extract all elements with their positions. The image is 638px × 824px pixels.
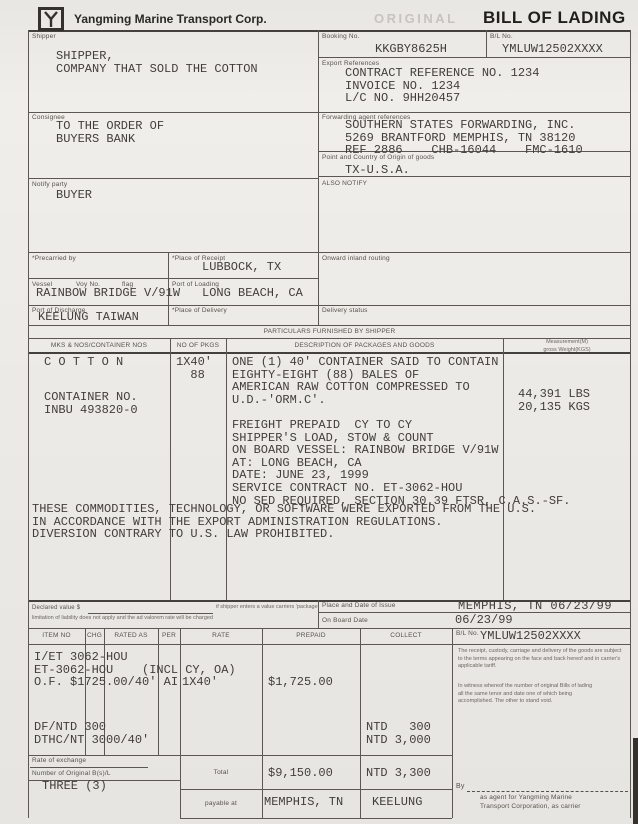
yangming-logo-icon [38,7,64,31]
particulars-band: PARTICULARS FURNISHED BY SHIPPER [28,328,631,336]
divider-line [486,30,487,57]
freight-collect-values: NTD 300 NTD 3,000 [366,721,431,746]
place-of-receipt-value: LUBBOCK, TX [202,261,281,274]
rate-of-exchange-label: Rate of exchange [32,757,86,765]
payable-collect-value: KEELUNG [372,796,422,809]
payable-prepaid-value: MEMPHIS, TN [264,796,343,809]
weights-value: 44,391 LBS 20,135 KGS [518,388,590,414]
divider-line [630,30,631,818]
document-title: BILL OF LADING [483,8,626,28]
port-of-loading-value: LONG BEACH, CA [202,287,303,300]
terms-witness-clause: In witness whereof the number of origina… [458,683,626,706]
divider-line [28,755,452,756]
col-marks-header: MKS & NOS/CONTAINER NOS [28,342,170,350]
divider-line [452,628,453,818]
divider-line [88,613,213,614]
col-rated-as: RATED AS [104,632,158,640]
payable-at-label: payable at [180,800,262,808]
forwarding-agent-value: SOUTHERN STATES FORWARDING, INC. 5269 BR… [345,119,583,157]
divider-line [360,628,361,818]
bl-no-value: YMLUW12502XXXX [502,43,603,56]
booking-no-value: KKGBY8625H [375,43,447,56]
col-chg: CHG [85,632,104,640]
divider-line [180,789,452,790]
total-collect-value: NTD 3,300 [366,767,431,780]
number-of-original-bl-value: THREE (3) [42,780,107,793]
booking-no-label: Booking No. [322,33,360,41]
divider-line [28,644,631,645]
declared-value-label: Declared value $ [32,604,80,612]
by-label: By [456,783,465,791]
scan-edge-artifact [633,738,638,824]
also-notify-label: ALSO NOTIFY [322,180,367,188]
divider-line [28,30,631,32]
agent-note: as agent for Yangming Marine Transport C… [480,793,581,811]
place-date-of-issue-label: Place and Date of Issue [322,602,396,610]
col-collect: COLLECT [360,632,452,640]
divider-line [30,767,148,768]
divider-line [180,818,452,819]
place-date-of-issue-value: MEMPHIS, TN 06/23/99 [458,600,612,613]
col-pkgs-header: NO OF PKGS [170,342,226,350]
delivery-status-label: Delivery status [322,307,368,315]
no-of-pkgs-value: 1X40' 88 [176,356,212,381]
freight-rated-as: 1X40' [182,676,218,689]
col-item-no: ITEM NO [28,632,85,640]
divider-line [28,30,29,818]
divider-line [28,278,318,279]
col-per: PER [158,632,180,640]
number-of-original-bl-label: Number of Original B(s)/L [32,770,111,778]
freight-bl-no-value: YMLUW12502XXXX [480,630,581,643]
divider-line [158,628,159,755]
original-watermark: ORIGINAL [374,11,458,26]
on-board-date-value: 06/23/99 [455,614,513,627]
freight-bl-no-label: B/L No. [456,630,479,638]
container-no: CONTAINER NO. INBU 493820-0 [44,391,138,416]
col-description-header: DESCRIPTION OF PACKAGES AND GOODS [226,342,503,350]
divider-line [318,57,631,58]
divider-line [226,338,227,600]
bill-of-lading-document: Yangming Marine Transport Corp. ORIGINAL… [0,0,638,824]
export-references-value: CONTRACT REFERENCE NO. 1234 INVOICE NO. … [345,67,539,105]
divider-line [318,30,319,325]
col-measurement-header: Measurement(M) gross Weight(KGS) [503,339,631,354]
divider-line [262,628,263,818]
terms-receipt-clause: The receipt, custody, carriage and deliv… [458,648,626,671]
consignee-value: TO THE ORDER OF BUYERS BANK [56,120,164,145]
declared-value-note: if shipper enters a value carriers 'pack… [216,604,319,612]
liability-note: limitation of liability does not apply a… [32,615,213,623]
divider-line [28,305,631,306]
goods-description: ONE (1) 40' CONTAINER SAID TO CONTAIN EI… [232,356,570,507]
col-prepaid: PREPAID [262,632,360,640]
port-of-discharge-value: KEELUNG TAIWAN [38,311,139,324]
divider-line [28,252,631,253]
precarried-by-label: *Precarried by [32,255,76,263]
cargo-marks: C O T T O N [44,356,123,369]
total-prepaid-value: $9,150.00 [268,767,333,780]
shipper-label: Shipper [32,33,56,41]
divider-line [28,112,631,113]
col-rate: RATE [180,632,262,640]
shipper-value: SHIPPER, COMPANY THAT SOLD THE COTTON [56,50,258,75]
total-label: Total [180,769,262,777]
place-of-delivery-label: *Place of Delivery [172,307,227,315]
freight-items-secondary: DF/NTD 300 DTHC/NT 3000/40' [34,721,149,746]
divider-line [170,338,171,600]
company-name: Yangming Marine Transport Corp. [74,12,267,26]
freight-prepaid-value: $1,725.00 [268,676,333,689]
export-statement: THESE COMMODITIES, TECHNOLOGY, OR SOFTWA… [32,503,536,541]
on-board-date-label: On Board Date [322,617,368,625]
divider-line [28,325,631,326]
bl-no-label: B/L No. [490,33,513,41]
signature-line [467,791,628,792]
vessel-value: RAINBOW BRIDGE V/91W [36,287,180,300]
onward-routing-label: Onward inland routing [322,255,390,263]
origin-value: TX-U.S.A. [345,164,410,177]
divider-line [28,178,318,179]
notify-party-value: BUYER [56,189,92,202]
